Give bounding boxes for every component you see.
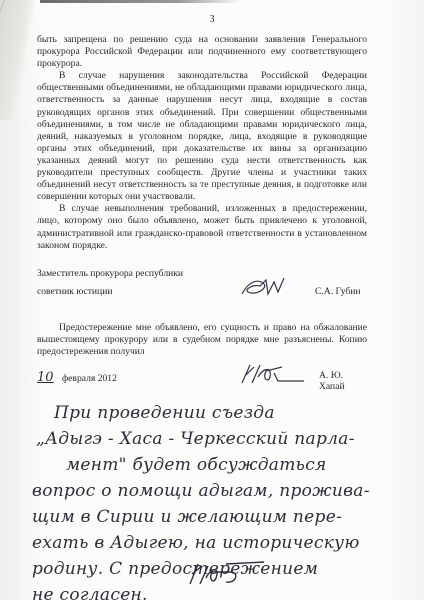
handwritten-line-6: ехать в Адыгею, на историческую <box>32 530 392 556</box>
signatory-block: советник юстиции С.А. Губин <box>37 286 367 297</box>
handwritten-line-1: При проведении съезда <box>32 400 392 426</box>
signatory-title-line2: советник юстиции <box>37 286 112 297</box>
acknowledgement-text: Предостережение мне объявлено, его сущно… <box>37 322 367 358</box>
paragraph-3: В случае невыполнения требований, изложе… <box>37 203 367 251</box>
recipient-signature-icon <box>238 363 306 385</box>
document-page: 3 быть запрещена по решению суда на осно… <box>0 0 424 600</box>
recipient-block: 10 февраля 2012 А. Ю. Хапай <box>37 370 367 385</box>
recipient-month-year: февраля 2012 <box>62 373 117 384</box>
paragraph-1: быть запрещена по решению суда на основа… <box>37 34 367 70</box>
handwritten-line-5: щим в Сирии и желающим пере- <box>32 504 392 530</box>
handwritten-initials-icon <box>186 560 266 586</box>
handwritten-line-2: „Адыгэ - Хаса - Черкесский парла- <box>32 426 392 452</box>
paragraph-2: В случае нарушения законодательства Росс… <box>37 70 367 203</box>
page-number: 3 <box>0 14 424 25</box>
signatory-title-line1: Заместитель прокурора республики <box>37 268 367 279</box>
body-text: быть запрещена по решению суда на основа… <box>37 34 367 252</box>
handwritten-line-4: вопрос о помощи адыгам, прожива- <box>32 478 392 504</box>
page-top-edge <box>40 0 240 3</box>
recipient-name: А. Ю. Хапай <box>319 370 367 392</box>
recipient-day: 10 <box>37 370 54 385</box>
signatory-name: С.А. Губин <box>315 286 361 297</box>
prosecutor-signature-icon <box>238 276 288 300</box>
handwritten-line-3: мент" будет обсуждаться <box>32 452 392 478</box>
